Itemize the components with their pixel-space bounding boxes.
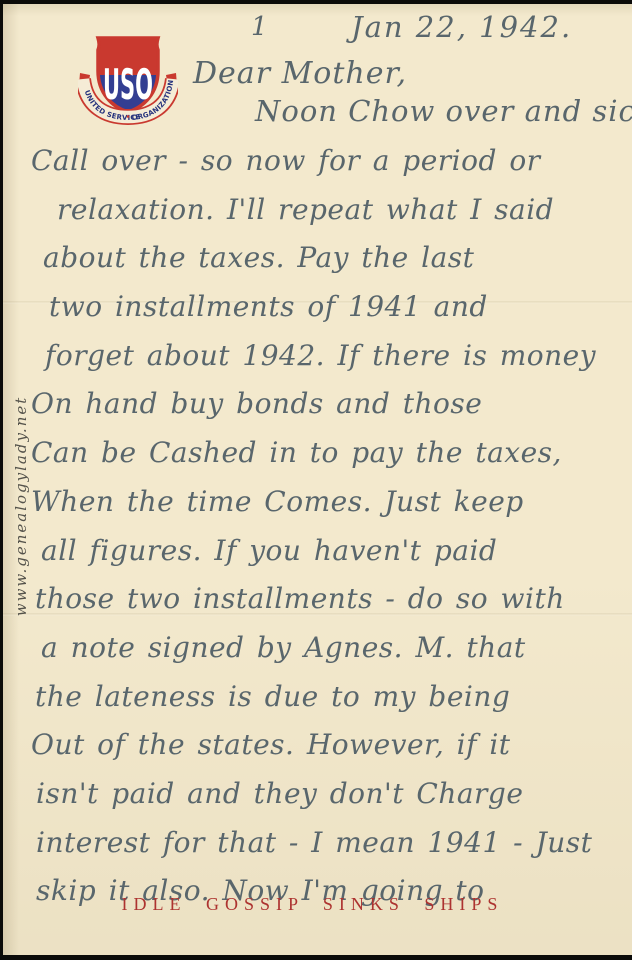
- uso-logo: USO UNITED SERVICE ORGANIZATIONS: [78, 33, 178, 133]
- body-line: a note signed by Agnes. M. that: [41, 624, 632, 673]
- uso-acronym: USO: [103, 60, 153, 109]
- letter-body: Call over - so now for a period or relax…: [3, 137, 632, 916]
- body-line: all figures. If you haven't paid: [41, 527, 632, 576]
- watermark-text: www.genealogylady.net: [12, 381, 30, 631]
- salutation: Dear Mother,: [193, 56, 407, 91]
- body-line: interest for that - I mean 1941 - Just: [36, 819, 632, 868]
- body-line: Out of the states. However, if it: [31, 721, 632, 770]
- page-number-mark: 1: [251, 12, 268, 42]
- stationery-paper: USO UNITED SERVICE ORGANIZATIONS 1 Jan 2…: [3, 4, 632, 955]
- scanned-letter: USO UNITED SERVICE ORGANIZATIONS 1 Jan 2…: [0, 0, 632, 960]
- body-line: Call over - so now for a period or: [31, 137, 632, 186]
- body-line: forget about 1942. If there is money: [45, 332, 632, 381]
- body-line: On hand buy bonds and those: [31, 380, 632, 429]
- body-line: the lateness is due to my being: [35, 673, 632, 722]
- body-line: isn't paid and they don't Charge: [36, 770, 632, 819]
- banner-divider-dot: [127, 115, 130, 118]
- body-line: When the time Comes. Just keep: [31, 478, 632, 527]
- body-line: relaxation. I'll repeat what I said: [57, 186, 632, 235]
- body-line: Can be Cashed in to pay the taxes,: [31, 429, 632, 478]
- uso-logo-graphic: USO UNITED SERVICE ORGANIZATIONS: [78, 33, 178, 133]
- opening-line: Noon Chow over and sick: [255, 94, 632, 128]
- body-line: those two installments - do so with: [35, 575, 632, 624]
- stationery-slogan: IDLE GOSSIP SINKS SHIPS: [3, 894, 622, 915]
- body-line: about the taxes. Pay the last: [43, 234, 632, 283]
- body-line: two installments of 1941 and: [49, 283, 632, 332]
- letter-date: Jan 22, 1942.: [351, 10, 572, 44]
